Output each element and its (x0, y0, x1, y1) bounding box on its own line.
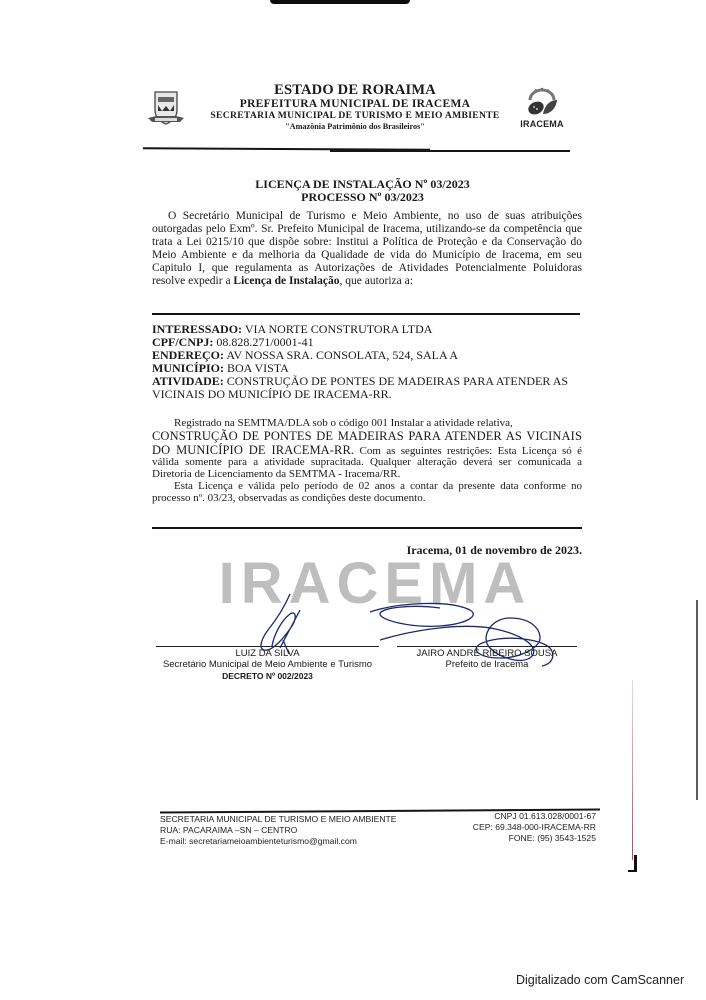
letterhead-text: ESTADO DE RORAIMA PREFEITURA MUNICIPAL D… (210, 82, 500, 132)
signatory-role: Prefeito de Iracema (397, 659, 577, 670)
state-name: ESTADO DE RORAIMA (210, 82, 500, 98)
signatory-secretary: LUIZ DA SILVA Secretário Municipal de Me… (156, 648, 379, 682)
footer-address: SECRETARIA MUNICIPAL DE TURISMO E MEIO A… (160, 814, 440, 847)
validity-statement: Esta Licença e válida pelo período de 02… (152, 480, 582, 504)
secretariat-name: SECRETARIA MUNICIPAL DE TURISMO E MEIO A… (210, 110, 500, 121)
signatory-role: Secretário Municipal de Meio Ambiente e … (156, 659, 379, 670)
licensee-info: INTERESSADO: VIA NORTE CONSTRUTORA LTDA … (152, 323, 582, 401)
registration-paragraph: Registrado na SEMTMA/DLA sob o código 00… (152, 418, 582, 505)
iracema-watermark: IRACEMA (210, 558, 540, 610)
section-divider-2 (152, 527, 582, 529)
margin-line (632, 680, 633, 860)
footer-contact: CNPJ 01.613.028/0001-67 CEP: 69.348-000-… (436, 811, 596, 844)
motto: "Amazônia Patrimônio dos Brasileiros" (210, 121, 500, 132)
scan-edge-shadow (270, 0, 410, 4)
scanner-watermark: Digitalizado com CamScanner (516, 973, 684, 987)
atividade-row: ATIVIDADE: CONSTRUÇÃO DE PONTES DE MADEI… (152, 375, 582, 401)
iracema-logo-icon: IRACEMA (512, 86, 572, 138)
signature-line-secretary (156, 646, 379, 647)
section-divider (152, 313, 580, 315)
iracema-logo-text: IRACEMA (512, 119, 572, 129)
header-divider-right (330, 150, 570, 152)
signatory-name: JAIRO ANDRÉ RIBEIRO SOUSA (397, 648, 577, 659)
prefecture-name: PREFEITURA MUNICIPAL DE IRACEMA (210, 98, 500, 110)
letterhead: ESTADO DE RORAIMA PREFEITURA MUNICIPAL D… (140, 82, 585, 144)
document-title: LICENÇA DE INSTALAÇÃO Nº 03/2023 PROCESS… (140, 178, 585, 204)
signatory-name: LUIZ DA SILVA (156, 648, 379, 659)
scan-page-edge (696, 600, 698, 800)
registration-lead: Registrado na SEMTMA/DLA sob o código 00… (174, 417, 513, 429)
scanned-document-page: ESTADO DE RORAIMA PREFEITURA MUNICIPAL D… (0, 0, 706, 1000)
signatory-decree: DECRETO Nº 002/2023 (156, 671, 379, 682)
signatory-mayor: JAIRO ANDRÉ RIBEIRO SOUSA Prefeito de Ir… (397, 648, 577, 670)
process-number: PROCESSO Nº 03/2023 (140, 191, 585, 204)
signature-line-mayor (397, 646, 577, 647)
intro-paragraph: O Secretário Municipal de Turismo e Meio… (152, 210, 582, 288)
municipal-coat-of-arms-icon (146, 88, 186, 128)
page-corner-mark-base (628, 870, 637, 872)
